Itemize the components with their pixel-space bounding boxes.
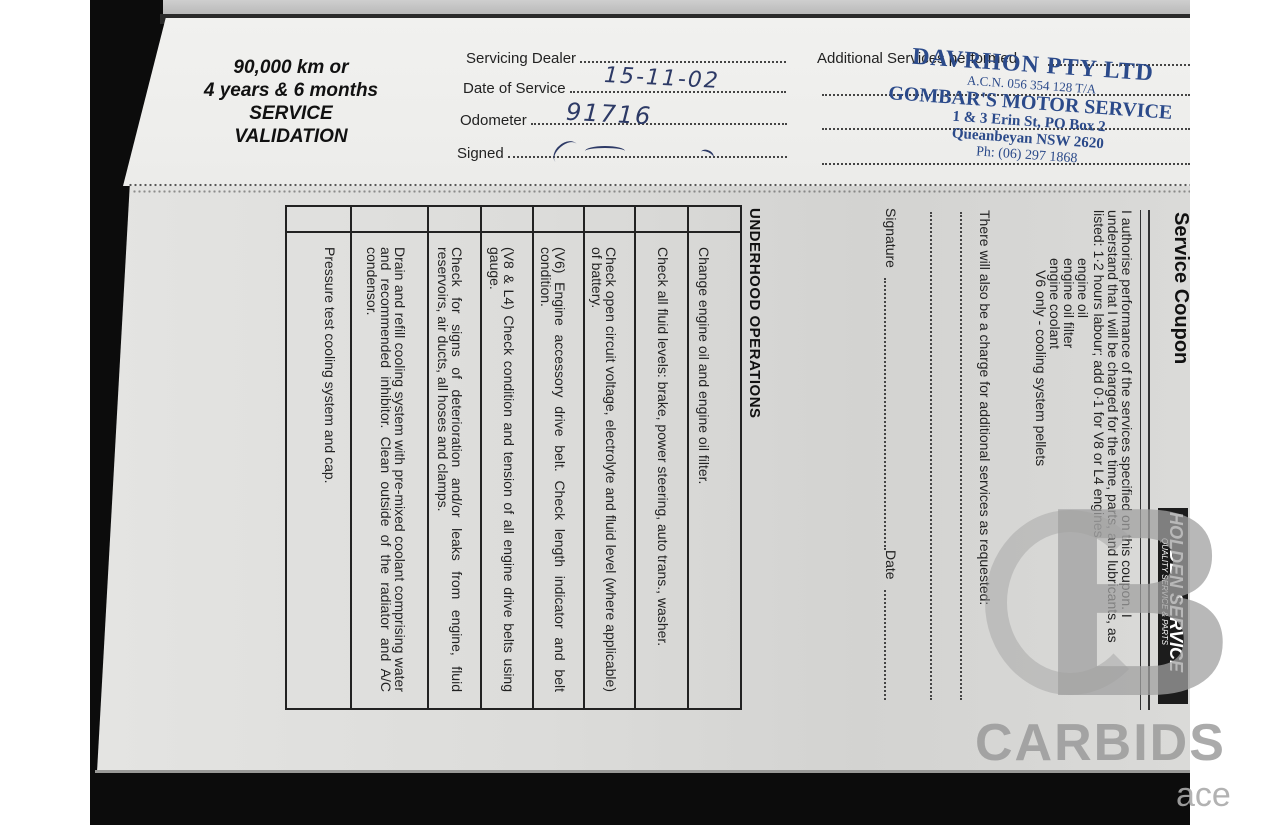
underhood-operations-table: Change engine oil and engine oil filter.… — [285, 205, 742, 710]
watermark-monogram-b: B — [1040, 500, 1270, 705]
authorisation-line: listed: 1·2 hours labour; add 0·1 for V8… — [1092, 210, 1106, 538]
service-coupon-title: Service Coupon — [1169, 212, 1192, 364]
watermark-brand: CARBIDS — [975, 713, 1226, 773]
column-divider — [532, 207, 534, 708]
validation-title: 90,000 km or 4 years & 6 months SERVICE … — [186, 56, 396, 148]
field-label: Date of Service — [463, 80, 566, 97]
perforation-line — [132, 190, 1190, 193]
fill-line — [580, 51, 786, 63]
title-line: 90,000 km or — [186, 56, 396, 79]
checkbox-row — [287, 231, 740, 233]
fill-line[interactable] — [930, 212, 934, 700]
part-item: V6 only - cooling system pellets — [1034, 270, 1048, 466]
column-divider — [350, 207, 352, 708]
operation-item: Check for signs of deterioration and/or … — [436, 247, 464, 692]
column-divider — [427, 207, 429, 708]
signature-label: Signature — [884, 208, 898, 268]
fill-line — [508, 146, 787, 158]
column-divider — [687, 207, 689, 708]
signature-line[interactable] — [884, 278, 886, 550]
operation-item: Change engine oil and engine oil filter. — [697, 247, 711, 687]
date-line[interactable] — [884, 590, 886, 700]
operation-item: Check all fluid levels: brake, power ste… — [656, 247, 670, 687]
part-item: engine oil — [1076, 258, 1090, 318]
field-label: Signed — [457, 145, 504, 162]
operation-item: Check open circuit voltage, electrolyte … — [590, 247, 618, 692]
fill-line[interactable] — [960, 212, 964, 700]
watermark-suffix: ace — [1176, 776, 1231, 815]
operation-item: Drain and refill cooling system with pre… — [365, 247, 407, 692]
operation-item: (V6) Engine accessory drive belt. Check … — [539, 247, 567, 692]
column-divider — [583, 207, 585, 708]
part-item: engine coolant — [1048, 258, 1062, 349]
previous-page-edge — [163, 0, 1190, 14]
date-label: Date — [884, 550, 898, 580]
underhood-operations-heading: UNDERHOOD OPERATIONS — [746, 208, 763, 419]
perforation-line — [128, 183, 1190, 187]
signature-mark — [585, 146, 625, 156]
additional-charge-note: There will also be a charge for addition… — [978, 210, 992, 605]
operation-item: (V8 & L4) Check condition and tension of… — [488, 247, 516, 692]
field-label: Odometer — [460, 112, 527, 129]
column-divider — [634, 207, 636, 708]
title-line: SERVICE — [186, 102, 396, 125]
dealer-stamp: DAVRHON PTY LTD A.C.N. 056 354 128 T/A G… — [876, 42, 1183, 175]
odometer-value: 91716 — [565, 98, 653, 130]
part-item: engine oil filter — [1062, 258, 1076, 348]
title-line: VALIDATION — [186, 125, 396, 148]
column-divider — [480, 207, 482, 708]
operation-item: Pressure test cooling system and cap. — [323, 247, 337, 687]
title-line: 4 years & 6 months — [186, 79, 396, 102]
field-label: Servicing Dealer — [466, 50, 576, 67]
